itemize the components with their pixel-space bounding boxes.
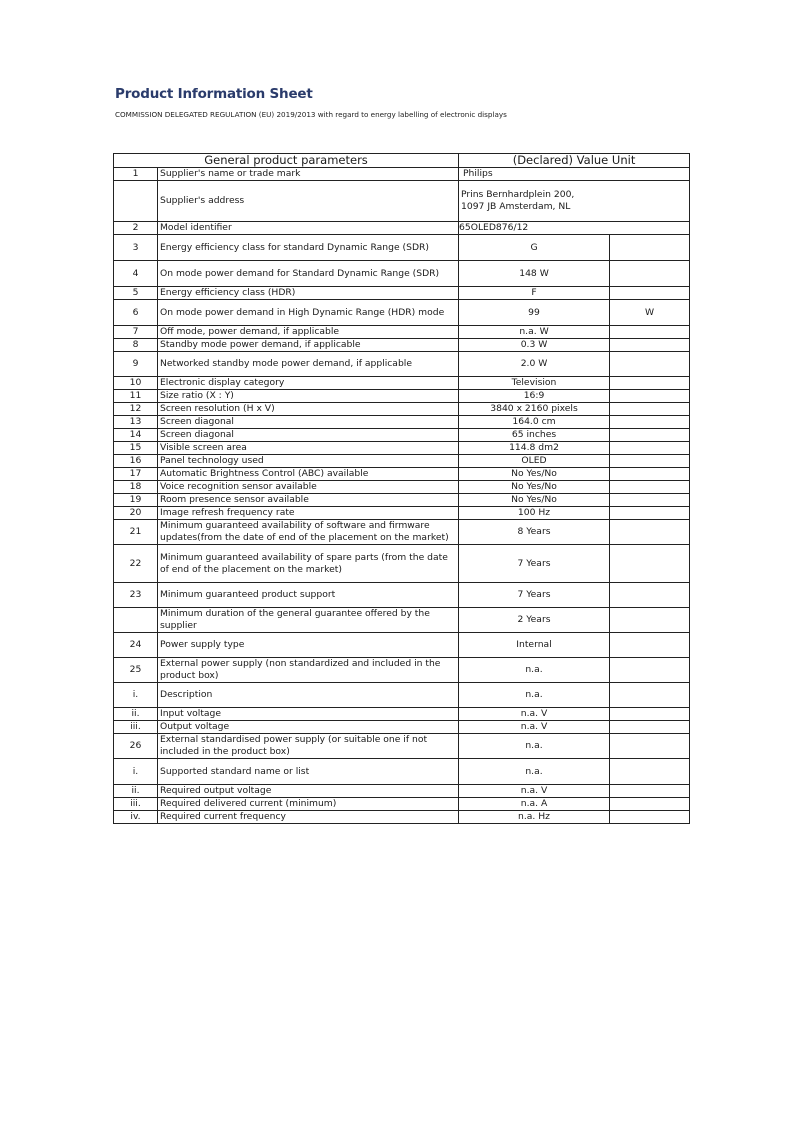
table-row: 16Panel technology usedOLED — [114, 455, 690, 468]
row-parameter: Minimum guaranteed product support — [158, 583, 459, 608]
row-parameter: Electronic display category — [158, 377, 459, 390]
row-unit — [610, 583, 690, 608]
row-parameter: Supplier's name or trade mark — [158, 168, 459, 181]
row-value: OLED — [459, 455, 610, 468]
model-identifier-value: 65OLED876/12 — [459, 222, 690, 235]
row-value: n.a. — [459, 759, 610, 785]
row-parameter: External standardised power supply (or s… — [158, 734, 459, 759]
row-value: n.a. — [459, 683, 610, 708]
row-parameter: Required current frequency — [158, 811, 459, 824]
table-header-row: General product parameters (Declared) Va… — [114, 154, 690, 168]
row-parameter: Energy efficiency class (HDR) — [158, 287, 459, 300]
row-parameter: Screen diagonal — [158, 416, 459, 429]
row-number: 12 — [114, 403, 158, 416]
table-row: 10Electronic display categoryTelevision — [114, 377, 690, 390]
row-value: 65 inches — [459, 429, 610, 442]
row-number: ii. — [114, 785, 158, 798]
row-unit — [610, 545, 690, 583]
row-value: 8 Years — [459, 520, 610, 545]
table-row: ii.Input voltagen.a. V — [114, 708, 690, 721]
row-unit — [610, 633, 690, 658]
page-title: Product Information Sheet — [115, 86, 313, 102]
row-unit — [610, 721, 690, 734]
row-parameter: On mode power demand for Standard Dynami… — [158, 261, 459, 287]
supplier-address-value: Prins Bernhardplein 200, 1097 JB Amsterd… — [459, 181, 690, 222]
table-row: 1 Supplier's name or trade mark Philips — [114, 168, 690, 181]
table-row: Minimum duration of the general guarante… — [114, 608, 690, 633]
row-unit — [610, 403, 690, 416]
row-parameter: Minimum guaranteed availability of softw… — [158, 520, 459, 545]
table-row: 4On mode power demand for Standard Dynam… — [114, 261, 690, 287]
row-value: 16:9 — [459, 390, 610, 403]
table-row: 17Automatic Brightness Control (ABC) ava… — [114, 468, 690, 481]
row-value: 114.8 dm2 — [459, 442, 610, 455]
table-row: i. Supported standard name or listn.a. — [114, 759, 690, 785]
row-number: i. — [114, 759, 158, 785]
row-number: 13 — [114, 416, 158, 429]
row-unit — [610, 390, 690, 403]
row-value: 3840 x 2160 pixels — [459, 403, 610, 416]
table-row: Supplier's address Prins Bernhardplein 2… — [114, 181, 690, 222]
row-unit — [610, 261, 690, 287]
row-value: F — [459, 287, 610, 300]
table-row: 18Voice recognition sensor availableNo Y… — [114, 481, 690, 494]
row-parameter: On mode power demand in High Dynamic Ran… — [158, 300, 459, 326]
row-value: 7 Years — [459, 583, 610, 608]
row-value: No Yes/No — [459, 481, 610, 494]
row-unit — [610, 352, 690, 377]
row-number: 10 — [114, 377, 158, 390]
table-row: 21Minimum guaranteed availability of sof… — [114, 520, 690, 545]
row-number: 4 — [114, 261, 158, 287]
column-header-parameters: General product parameters — [114, 154, 459, 168]
row-unit — [610, 811, 690, 824]
row-number: 15 — [114, 442, 158, 455]
row-value: Internal — [459, 633, 610, 658]
table-row: 8Standby mode power demand, if applicabl… — [114, 339, 690, 352]
table-row: 6On mode power demand in High Dynamic Ra… — [114, 300, 690, 326]
row-value: Philips — [459, 168, 690, 181]
row-value: n.a. — [459, 734, 610, 759]
row-parameter: Required output voltage — [158, 785, 459, 798]
row-parameter: External power supply (non standardized … — [158, 658, 459, 683]
row-parameter: Off mode, power demand, if applicable — [158, 326, 459, 339]
row-unit — [610, 377, 690, 390]
row-number: 14 — [114, 429, 158, 442]
row-number: 3 — [114, 235, 158, 261]
table-row: 14Screen diagonal65 inches — [114, 429, 690, 442]
row-unit — [610, 468, 690, 481]
row-unit — [610, 326, 690, 339]
row-number: 6 — [114, 300, 158, 326]
row-number: ii. — [114, 708, 158, 721]
table-row: 26External standardised power supply (or… — [114, 734, 690, 759]
row-parameter: Image refresh frequency rate — [158, 507, 459, 520]
table-row: 25External power supply (non standardize… — [114, 658, 690, 683]
row-parameter: Screen diagonal — [158, 429, 459, 442]
table-row: 15Visible screen area114.8 dm2 — [114, 442, 690, 455]
row-unit — [610, 759, 690, 785]
row-value: No Yes/No — [459, 468, 610, 481]
table-row: 24Power supply typeInternal — [114, 633, 690, 658]
row-number — [114, 608, 158, 633]
row-number: 7 — [114, 326, 158, 339]
table-row: 20Image refresh frequency rate100 Hz — [114, 507, 690, 520]
row-number: iii. — [114, 798, 158, 811]
row-value: 0.3 W — [459, 339, 610, 352]
row-value: 2.0 W — [459, 352, 610, 377]
row-unit — [610, 481, 690, 494]
row-value: Television — [459, 377, 610, 390]
row-number: 26 — [114, 734, 158, 759]
table-row: 7Off mode, power demand, if applicablen.… — [114, 326, 690, 339]
row-unit — [610, 734, 690, 759]
row-number: 9 — [114, 352, 158, 377]
row-value: 148 W — [459, 261, 610, 287]
row-number: 11 — [114, 390, 158, 403]
row-unit — [610, 442, 690, 455]
row-number: 1 — [114, 168, 158, 181]
column-header-value-label: (Declared) Value Unit — [513, 154, 636, 168]
row-unit — [610, 658, 690, 683]
row-number: 21 — [114, 520, 158, 545]
row-unit — [610, 683, 690, 708]
row-value: 164.0 cm — [459, 416, 610, 429]
row-parameter: Minimum guaranteed availability of spare… — [158, 545, 459, 583]
row-number: 8 — [114, 339, 158, 352]
row-parameter: Input voltage — [158, 708, 459, 721]
table-row: iii.Output voltagen.a. V — [114, 721, 690, 734]
table-row: 2 Model identifier 65OLED876/12 — [114, 222, 690, 235]
row-number: 19 — [114, 494, 158, 507]
row-number: 20 — [114, 507, 158, 520]
row-parameter: Minimum duration of the general guarante… — [158, 608, 459, 633]
row-unit — [610, 416, 690, 429]
row-value: n.a. A — [459, 798, 610, 811]
table-row: 9Networked standby mode power demand, if… — [114, 352, 690, 377]
row-number: 25 — [114, 658, 158, 683]
row-value: 2 Years — [459, 608, 610, 633]
table-row: 22Minimum guaranteed availability of spa… — [114, 545, 690, 583]
row-unit — [610, 608, 690, 633]
row-unit — [610, 520, 690, 545]
row-parameter: Energy efficiency class for standard Dyn… — [158, 235, 459, 261]
row-value: n.a. V — [459, 708, 610, 721]
row-value: 100 Hz — [459, 507, 610, 520]
row-parameter: Room presence sensor available — [158, 494, 459, 507]
table-row: 3Energy efficiency class for standard Dy… — [114, 235, 690, 261]
table-row: 5Energy efficiency class (HDR)F — [114, 287, 690, 300]
address-line-2: 1097 JB Amsterdam, NL — [461, 201, 687, 213]
table-row: iv. Required current frequencyn.a. Hz — [114, 811, 690, 824]
address-line-1: Prins Bernhardplein 200, — [461, 189, 687, 201]
column-header-value: (Declared) Value Unit — [459, 154, 690, 168]
row-parameter: Model identifier — [158, 222, 459, 235]
table-row: ii.Required output voltagen.a. V — [114, 785, 690, 798]
row-parameter: Standby mode power demand, if applicable — [158, 339, 459, 352]
table-row: i.Descriptionn.a. — [114, 683, 690, 708]
regulation-subtitle: COMMISSION DELEGATED REGULATION (EU) 201… — [115, 110, 507, 119]
row-value: 99 — [459, 300, 610, 326]
row-parameter: Supplier's address — [158, 181, 459, 222]
row-value: No Yes/No — [459, 494, 610, 507]
row-number: i. — [114, 683, 158, 708]
row-value: n.a. W — [459, 326, 610, 339]
table-row: iii.Required delivered current (minimum)… — [114, 798, 690, 811]
row-value: n.a. V — [459, 785, 610, 798]
row-number: iii. — [114, 721, 158, 734]
row-parameter: Output voltage — [158, 721, 459, 734]
row-parameter: Description — [158, 683, 459, 708]
table-row: 12Screen resolution (H x V)3840 x 2160 p… — [114, 403, 690, 416]
row-number: 16 — [114, 455, 158, 468]
row-parameter: Size ratio (X : Y) — [158, 390, 459, 403]
row-unit: W — [610, 300, 690, 326]
row-unit — [610, 339, 690, 352]
row-value: n.a. Hz — [459, 811, 610, 824]
row-value: G — [459, 235, 610, 261]
row-unit — [610, 455, 690, 468]
table-row: 13Screen diagonal164.0 cm — [114, 416, 690, 429]
row-unit — [610, 785, 690, 798]
row-unit — [610, 507, 690, 520]
row-number: 17 — [114, 468, 158, 481]
row-number: iv. — [114, 811, 158, 824]
row-number — [114, 181, 158, 222]
row-number: 5 — [114, 287, 158, 300]
row-number: 18 — [114, 481, 158, 494]
table-row: 19Room presence sensor availableNo Yes/N… — [114, 494, 690, 507]
row-parameter: Panel technology used — [158, 455, 459, 468]
row-number: 22 — [114, 545, 158, 583]
row-number: 24 — [114, 633, 158, 658]
row-unit — [610, 494, 690, 507]
row-value: 7 Years — [459, 545, 610, 583]
row-parameter: Power supply type — [158, 633, 459, 658]
row-number: 23 — [114, 583, 158, 608]
row-unit — [610, 798, 690, 811]
row-value: n.a. — [459, 658, 610, 683]
row-parameter: Visible screen area — [158, 442, 459, 455]
row-unit — [610, 708, 690, 721]
product-parameters-table: General product parameters (Declared) Va… — [113, 153, 690, 824]
row-value: n.a. V — [459, 721, 610, 734]
row-parameter: Networked standby mode power demand, if … — [158, 352, 459, 377]
row-unit — [610, 235, 690, 261]
row-unit — [610, 429, 690, 442]
row-parameter: Screen resolution (H x V) — [158, 403, 459, 416]
row-parameter: Supported standard name or list — [158, 759, 459, 785]
row-unit — [610, 287, 690, 300]
row-parameter: Automatic Brightness Control (ABC) avail… — [158, 468, 459, 481]
row-parameter: Voice recognition sensor available — [158, 481, 459, 494]
table-row: 11Size ratio (X : Y)16:9 — [114, 390, 690, 403]
table-row: 23Minimum guaranteed product support7 Ye… — [114, 583, 690, 608]
row-parameter: Required delivered current (minimum) — [158, 798, 459, 811]
row-number: 2 — [114, 222, 158, 235]
